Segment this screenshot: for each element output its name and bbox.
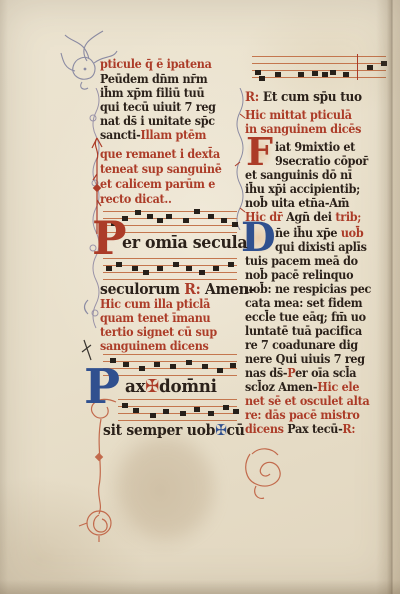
neume-note: [180, 411, 186, 416]
margin-paraph-marks: [78, 296, 96, 368]
right-line-4: iat 9mixtio et: [275, 140, 355, 154]
staff-sit-semper: [118, 399, 237, 420]
parchment-showthrough-stain: [118, 438, 213, 538]
neume-note: [233, 409, 239, 414]
neume-note: [133, 408, 139, 413]
neume-note: [232, 222, 238, 227]
staff-line: [252, 63, 386, 64]
left-line-5: nat ds̄ i unitate sp̄c: [100, 114, 215, 128]
neume-note: [230, 363, 236, 368]
neume-note: [343, 72, 349, 77]
neume-note: [255, 70, 261, 75]
page-bottom-edge-shadow: [0, 580, 400, 594]
right-line-16: eccl̄e tue eāq; fm̄ uo: [245, 310, 366, 324]
neume-note: [163, 409, 169, 414]
left-line-3: ih̄m xp̄m filiū tuū: [100, 86, 204, 100]
manuscript-page: pticule q̄ ē ipatenaPeūdem dn̄m nr̄mih̄m…: [0, 0, 400, 594]
left-line-2: Peūdem dn̄m nr̄m: [100, 72, 207, 86]
neume-note: [135, 210, 141, 215]
neume-note: [208, 411, 214, 416]
neume-note: [217, 368, 223, 373]
left-line-14: quam tenet īmanu: [100, 311, 210, 325]
right-line-24: dicens Pax tecū-R:: [245, 422, 355, 436]
left-line-16: sanguinem dicens: [100, 339, 209, 353]
right-line-2: Hic mittat pticulā: [245, 108, 352, 122]
neume-note: [139, 366, 145, 371]
neume-note: [166, 214, 172, 219]
page-right-edge: [376, 0, 400, 594]
right-line-22: net sē et osculet alta: [245, 394, 369, 408]
neume-note: [186, 360, 192, 365]
initial-p-pax-domini: P: [84, 367, 120, 408]
left-line-7: que remanet i dext̄a: [100, 147, 220, 161]
right-line-7: ih̄u xp̄i accipientib;: [245, 182, 360, 196]
left-line-17: ax✠dom̄ni: [125, 376, 217, 397]
neume-note: [228, 262, 234, 267]
right-line-3: in sanguinem dicēs: [245, 122, 361, 136]
left-line-6: sancti-Illam ptēm: [100, 128, 206, 142]
neume-note: [106, 266, 112, 271]
left-line-4: qui tecū uiuit 7 reg: [100, 100, 216, 114]
staff-line: [252, 77, 386, 78]
staff-barline: [357, 54, 358, 80]
left-line-11: er omīa secula: [122, 233, 247, 253]
right-line-1: R: Et cum sp̄u tuo: [245, 90, 362, 105]
neume-note: [154, 362, 160, 367]
page-left-edge-shadow: [0, 0, 8, 594]
initial-f-fiat: F: [246, 136, 273, 168]
staff-line: [252, 70, 386, 71]
neume-note: [202, 364, 208, 369]
neume-note: [123, 362, 129, 367]
neume-note: [223, 405, 229, 410]
right-line-14: uob̄: ne respicias pec: [245, 282, 371, 296]
neume-note: [143, 270, 149, 275]
neume-note: [186, 266, 192, 271]
neume-note: [157, 218, 163, 223]
neume-note: [157, 266, 163, 271]
staff-et-cum-spiritu: [252, 56, 386, 77]
left-line-10: recto dicat..: [100, 192, 172, 206]
neume-note: [367, 65, 373, 70]
staff-line: [103, 354, 237, 355]
staff-pax-domini: [103, 354, 237, 375]
left-line-9: et calicem parūm e: [100, 177, 215, 191]
neume-note: [147, 214, 153, 219]
neume-note: [173, 262, 179, 267]
neume-note: [213, 266, 219, 271]
right-line-19: nere Qui uiuis 7 reg: [245, 352, 365, 366]
neume-note: [259, 76, 265, 81]
right-line-8: nob̄ uita etn̄a-Am̄: [245, 196, 349, 210]
neume-note: [330, 70, 336, 75]
staff-line: [118, 406, 237, 407]
neume-note: [199, 270, 205, 275]
neume-note: [312, 71, 318, 76]
neume-note: [275, 72, 281, 77]
left-line-13: Hic cum illa pticlā: [100, 297, 210, 311]
bottom-right-doodle: [240, 446, 294, 506]
right-line-15: cata mea: set fidem: [245, 296, 362, 310]
staff-line: [118, 413, 237, 414]
neume-note: [150, 413, 156, 418]
neume-note: [322, 72, 328, 77]
left-line-1: pticule q̄ ē ipatena: [100, 57, 212, 71]
right-line-10: n̄e ih̄u xp̄e uob̄: [275, 226, 363, 240]
right-line-20: nas ds̄-Per oīa scl̄a: [245, 366, 356, 380]
right-line-18: re 7 coadunare dig: [245, 338, 358, 352]
right-line-6: et sanguinis dō nī: [245, 168, 352, 182]
right-line-13: nob̄ pacē relinquo: [245, 268, 353, 282]
neume-note: [122, 403, 128, 408]
staff-line: [103, 272, 237, 273]
left-line-8: teneat sup sanguinē: [100, 162, 222, 176]
neume-note: [170, 364, 176, 369]
neume-note: [221, 218, 227, 223]
staff-line: [252, 56, 386, 57]
right-line-5: 9secratio cōpor̄: [275, 154, 368, 168]
left-line-15: tertio signet cū sup: [100, 325, 217, 339]
right-line-17: luntatē tuā pacifica: [245, 324, 362, 338]
right-line-12: tuis pacem meā do: [245, 254, 358, 268]
neume-note: [208, 214, 214, 219]
neume-note: [298, 72, 304, 77]
left-line-18: sit semper uob✠cū: [103, 421, 245, 439]
right-line-21: scl̄oz Amen-Hic ele: [245, 380, 359, 394]
neume-note: [194, 209, 200, 214]
right-line-9: Hic dr̄ Agn̄ dei trib;: [245, 210, 361, 224]
neume-note: [194, 407, 200, 412]
right-line-23: re: dās pacē mistro: [245, 408, 360, 422]
right-line-11: qui dixisti aplīs: [275, 240, 367, 254]
left-line-12: seculorum R: Amen-: [100, 280, 254, 298]
neume-note: [132, 266, 138, 271]
neume-note: [183, 218, 189, 223]
staff-line: [118, 399, 237, 400]
